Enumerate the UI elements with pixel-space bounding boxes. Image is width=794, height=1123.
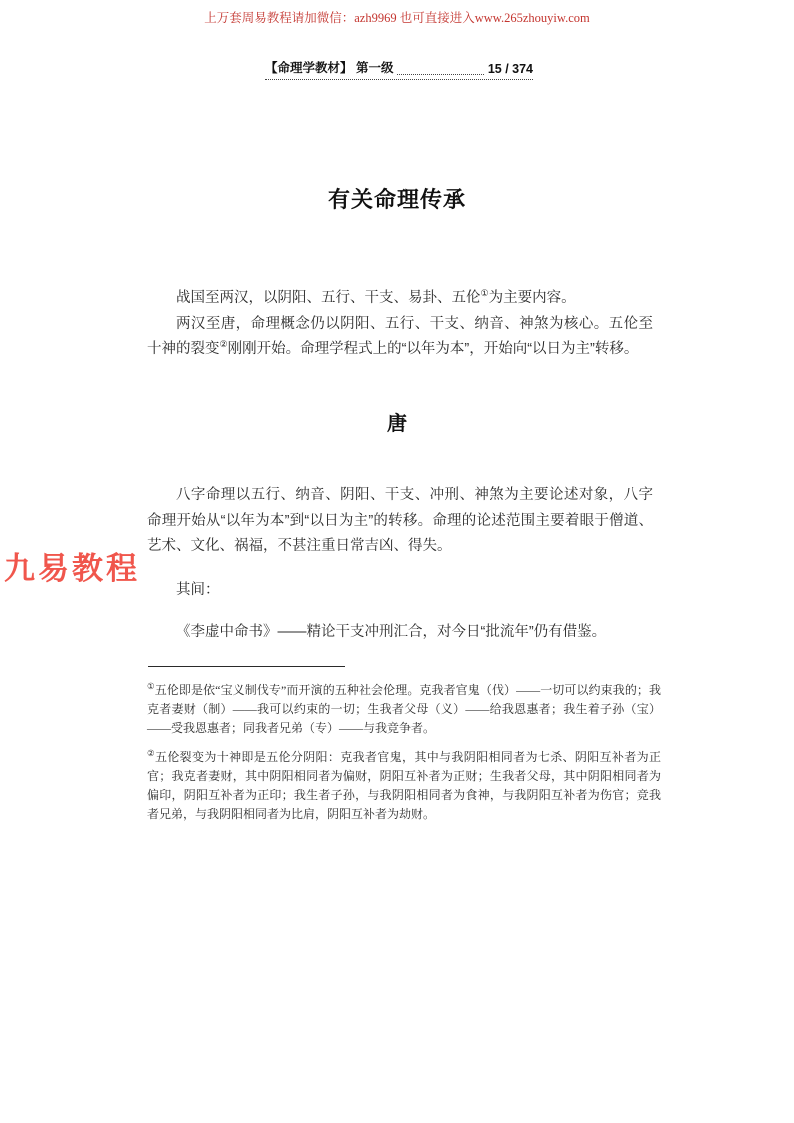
paragraph-4: 其间： bbox=[147, 578, 653, 604]
tang-paragraph: 八字命理以五行、纳音、阴阳、干支、冲刑、神煞为主要论述对象，八字命理开始从“以年… bbox=[147, 483, 653, 560]
running-head-title: 【命理学教材】 第一级 bbox=[265, 58, 393, 76]
footnotes-section: ①五伦即是依“宝义制伐专”而开演的五种社会伦理。克我者官鬼（伐）——一切可以约束… bbox=[147, 681, 661, 824]
footnote-separator bbox=[148, 666, 345, 667]
footnote-ref-1: ① bbox=[481, 288, 489, 298]
watermark: 九易教程 bbox=[4, 543, 140, 588]
page-number: 15 / 374 bbox=[488, 62, 533, 76]
paragraph-5: 《李虚中命书》——精论干支冲刑汇合，对今日“批流年”仍有借鉴。 bbox=[147, 620, 653, 646]
footnote-2: ②五伦裂变为十神即是五伦分阴阳：克我者官鬼，其中与我阴阳相同者为七杀、阴阳互补者… bbox=[147, 748, 661, 824]
paragraph-1: 战国至两汉，以阴阳、五行、干支、易卦、五伦①为主要内容。 bbox=[147, 286, 653, 312]
document-page: 上万套周易教程请加微信：azh9969 也可直接进入www.265zhouyiw… bbox=[0, 0, 794, 1123]
footnote-2-text: 五伦裂变为十神即是五伦分阴阳：克我者官鬼，其中与我阴阳相同者为七杀、阴阳互补者为… bbox=[147, 750, 661, 821]
dot-leader bbox=[397, 63, 483, 76]
paragraph-1-text: 战国至两汉，以阴阳、五行、干支、易卦、五伦 bbox=[176, 290, 481, 306]
paragraph-1-text-after: 为主要内容。 bbox=[489, 290, 576, 306]
qijian-paragraph: 其间： bbox=[147, 578, 653, 604]
footnote-2-marker: ② bbox=[147, 748, 155, 758]
footnote-1: ①五伦即是依“宝义制伐专”而开演的五种社会伦理。克我者官鬼（伐）——一切可以约束… bbox=[147, 681, 661, 738]
paragraph-3: 八字命理以五行、纳音、阴阳、干支、冲刑、神煞为主要论述对象，八字命理开始从“以年… bbox=[147, 483, 653, 560]
book-reference-paragraph: 《李虚中命书》——精论干支冲刑汇合，对今日“批流年”仍有借鉴。 bbox=[147, 620, 653, 646]
paragraph-2: 两汉至唐，命理概念仍以阴阳、五行、干支、纳音、神煞为核心。五伦至十神的裂变②刚刚… bbox=[147, 312, 653, 363]
promo-notice: 上万套周易教程请加微信：azh9969 也可直接进入www.265zhouyiw… bbox=[0, 8, 794, 26]
intro-paragraphs: 战国至两汉，以阴阳、五行、干支、易卦、五伦①为主要内容。 两汉至唐，命理概念仍以… bbox=[147, 286, 653, 363]
page-title: 有关命理传承 bbox=[0, 183, 794, 214]
running-head: 【命理学教材】 第一级 15 / 374 bbox=[265, 58, 533, 80]
footnote-1-text: 五伦即是依“宝义制伐专”而开演的五种社会伦理。克我者官鬼（伐）——一切可以约束我… bbox=[147, 683, 661, 735]
paragraph-2-text-after: 刚刚开始。命理学程式上的“以年为本”，开始向“以日为主”转移。 bbox=[228, 341, 639, 357]
footnote-ref-2: ② bbox=[220, 339, 228, 349]
section-heading-tang: 唐 bbox=[0, 407, 794, 436]
footnote-1-marker: ① bbox=[147, 681, 155, 691]
